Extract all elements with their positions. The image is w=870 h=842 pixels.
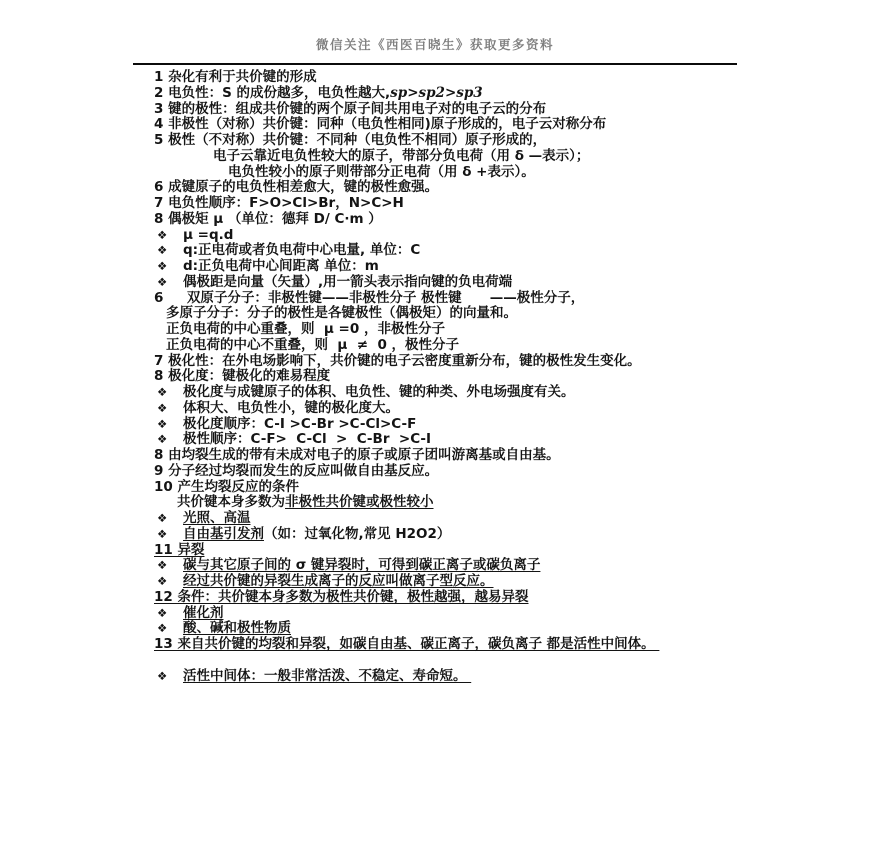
doc-text: 6 成键原子的电负性相差愈大，键的极性愈强。: [154, 179, 438, 195]
doc-text: 碳与其它原子间的 σ 键异裂时，可得到碳正离子或碳负离子: [183, 557, 540, 573]
doc-text: 11 异裂: [154, 542, 205, 558]
doc-line: ❖偶极距是向量（矢量）,用一箭头表示指向键的负电荷端: [0, 275, 870, 291]
diamond-bullet-icon: ❖: [157, 574, 183, 590]
doc-text: 共价键本身多数为: [177, 494, 285, 510]
doc-text: 12 条件：共价键本身多数为极性共价键，极性越强，越易异裂: [154, 589, 529, 605]
diamond-bullet-icon: ❖: [157, 527, 183, 543]
doc-text: 2 电负性：S 的成份越多，电负性越大,: [154, 85, 390, 101]
diamond-bullet-icon: ❖: [157, 243, 183, 259]
doc-text: 8 由均裂生成的带有未成对电子的原子或原子团叫游离基或自由基。: [154, 447, 560, 463]
doc-line: 正负电荷的中心不重叠，则 μ ≠ 0 ，极性分子: [0, 338, 870, 354]
doc-text: 9 分子经过均裂而发生的反应叫做自由基反应。: [154, 463, 438, 479]
doc-line: 共价键本身多数为非极性共价键或极性较小: [0, 495, 870, 511]
doc-text: 8 偶极矩 μ （单位：德拜 D/ C·m ）: [154, 211, 382, 227]
doc-line: ❖d:正负电荷中心间距离 单位：m: [0, 259, 870, 275]
doc-text: 自由基引发剂: [183, 526, 264, 542]
doc-text: 8 极化度：键极化的难易程度: [154, 368, 330, 384]
doc-line: ❖q:正电荷或者负电荷中心电量, 单位：C: [0, 243, 870, 259]
doc-text: 正负电荷的中心不重叠，则 μ ≠ 0 ，极性分子: [166, 337, 459, 353]
doc-line: 正负电荷的中心重叠，则 μ =0 ，非极性分子: [0, 322, 870, 338]
diamond-bullet-icon: ❖: [157, 669, 183, 685]
doc-line: 7 电负性顺序：F>O>Cl>Br，N>C>H: [0, 196, 870, 212]
doc-line: 12 条件：共价键本身多数为极性共价键，极性越强，越易异裂: [0, 590, 870, 606]
doc-text: 光照、高温: [183, 510, 251, 526]
doc-text: 极性顺序：C-F> C-Cl > C-Br >C-I: [183, 431, 431, 447]
doc-text: 非极性共价键或极性较小: [285, 494, 434, 510]
doc-line: ❖经过共价键的异裂生成离子的反应叫做离子型反应。: [0, 574, 870, 590]
doc-line: ❖光照、高温: [0, 511, 870, 527]
doc-line: 6 双原子分子：非极性键——非极性分子 极性键 ——极性分子，: [0, 291, 870, 307]
doc-text: sp>sp2>sp3: [390, 85, 483, 101]
doc-line: 电负性较小的原子则带部分正电荷（用 δ +表示）。: [0, 165, 870, 181]
doc-text: 电子云靠近电负性较大的原子，带部分负电荷（用 δ —表示）；: [213, 148, 589, 164]
doc-text: μ =q.d: [183, 227, 233, 243]
doc-line: 多原子分子：分子的极性是各键极性（偶极矩）的向量和。: [0, 306, 870, 322]
diamond-bullet-icon: ❖: [157, 401, 183, 417]
doc-line: ❖μ =q.d: [0, 228, 870, 244]
doc-line: 8 偶极矩 μ （单位：德拜 D/ C·m ）: [0, 212, 870, 228]
diamond-bullet-icon: ❖: [157, 621, 183, 637]
doc-text: 6 双原子分子：非极性键——非极性分子 极性键 ——极性分子，: [154, 290, 584, 306]
doc-text: 电负性较小的原子则带部分正电荷（用 δ +表示）。: [228, 164, 535, 180]
diamond-bullet-icon: ❖: [157, 606, 183, 622]
doc-line: ❖酸、碱和极性物质: [0, 621, 870, 637]
doc-text: 13 来自共价键的均裂和异裂，如碳自由基、碳正离子，碳负离子 都是活性中间体。: [154, 636, 659, 652]
diamond-bullet-icon: ❖: [157, 558, 183, 574]
doc-line: 3 键的极性：组成共价键的两个原子间共用电子对的电子云的分布: [0, 102, 870, 118]
doc-text: q:正电荷或者负电荷中心电量, 单位：C: [183, 242, 420, 258]
doc-text: d:正负电荷中心间距离 单位：m: [183, 258, 379, 274]
doc-text: 多原子分子：分子的极性是各键极性（偶极矩）的向量和。: [166, 305, 517, 321]
doc-text: （如：过氧化物,常见 H2O2）: [264, 526, 450, 542]
doc-line: ❖活性中间体：一般非常活泼、不稳定、寿命短。: [0, 669, 870, 685]
doc-text: 7 电负性顺序：F>O>Cl>Br，N>C>H: [154, 195, 404, 211]
doc-line: 5 极性（不对称）共价键：不同种（电负性不相同）原子形成的，: [0, 133, 870, 149]
diamond-bullet-icon: ❖: [157, 432, 183, 448]
doc-line: ❖碳与其它原子间的 σ 键异裂时，可得到碳正离子或碳负离子: [0, 558, 870, 574]
doc-line: ❖催化剂: [0, 606, 870, 622]
doc-line: [0, 653, 870, 669]
doc-text: 正负电荷的中心重叠，则 μ =0 ，非极性分子: [166, 321, 445, 337]
doc-text: 体积大、电负性小，键的极化度大。: [183, 400, 399, 416]
document-body: 1 杂化有利于共价键的形成2 电负性：S 的成份越多，电负性越大,sp>sp2>…: [0, 70, 870, 684]
doc-line: 6 成键原子的电负性相差愈大，键的极性愈强。: [0, 180, 870, 196]
diamond-bullet-icon: ❖: [157, 385, 183, 401]
doc-line: 8 极化度：键极化的难易程度: [0, 369, 870, 385]
doc-line: 电子云靠近电负性较大的原子，带部分负电荷（用 δ —表示）；: [0, 149, 870, 165]
diamond-bullet-icon: ❖: [157, 259, 183, 275]
doc-line: 11 异裂: [0, 543, 870, 559]
doc-line: 7 极化性：在外电场影响下，共价键的电子云密度重新分布，键的极性发生变化。: [0, 354, 870, 370]
doc-line: 1 杂化有利于共价键的形成: [0, 70, 870, 86]
doc-text: 酸、碱和极性物质: [183, 620, 291, 636]
doc-text: 3 键的极性：组成共价键的两个原子间共用电子对的电子云的分布: [154, 101, 546, 117]
header-divider: [133, 63, 737, 65]
header-note: 微信关注《西医百晓生》获取更多资料: [0, 35, 870, 53]
doc-text: [154, 652, 159, 668]
doc-text: 经过共价键的异裂生成离子的反应叫做离子型反应。: [183, 573, 494, 589]
doc-text: 极化度与成键原子的体积、电负性、键的种类、外电场强度有关。: [183, 384, 575, 400]
doc-line: ❖极化度与成键原子的体积、电负性、键的种类、外电场强度有关。: [0, 385, 870, 401]
doc-line: ❖体积大、电负性小，键的极化度大。: [0, 401, 870, 417]
doc-line: 13 来自共价键的均裂和异裂，如碳自由基、碳正离子，碳负离子 都是活性中间体。: [0, 637, 870, 653]
doc-line: 9 分子经过均裂而发生的反应叫做自由基反应。: [0, 464, 870, 480]
doc-line: ❖自由基引发剂（如：过氧化物,常见 H2O2）: [0, 527, 870, 543]
doc-line: 8 由均裂生成的带有未成对电子的原子或原子团叫游离基或自由基。: [0, 448, 870, 464]
doc-line: ❖极性顺序：C-F> C-Cl > C-Br >C-I: [0, 432, 870, 448]
doc-text: 5 极性（不对称）共价键：不同种（电负性不相同）原子形成的，: [154, 132, 546, 148]
doc-line: 2 电负性：S 的成份越多，电负性越大,sp>sp2>sp3: [0, 86, 870, 102]
diamond-bullet-icon: ❖: [157, 275, 183, 291]
doc-text: 偶极距是向量（矢量）,用一箭头表示指向键的负电荷端: [183, 274, 512, 290]
doc-text: 4 非极性（对称）共价键：同种（电负性相同)原子形成的，电子云对称分布: [154, 116, 606, 132]
doc-text: 1 杂化有利于共价键的形成: [154, 69, 317, 85]
diamond-bullet-icon: ❖: [157, 417, 183, 433]
doc-line: 10 产生均裂反应的条件: [0, 480, 870, 496]
doc-text: 活性中间体：一般非常活泼、不稳定、寿命短。: [183, 668, 471, 684]
doc-line: ❖极化度顺序：C-I >C-Br >C-Cl>C-F: [0, 417, 870, 433]
diamond-bullet-icon: ❖: [157, 228, 183, 244]
doc-text: 10 产生均裂反应的条件: [154, 479, 299, 495]
doc-line: 4 非极性（对称）共价键：同种（电负性相同)原子形成的，电子云对称分布: [0, 117, 870, 133]
doc-text: 7 极化性：在外电场影响下，共价键的电子云密度重新分布，键的极性发生变化。: [154, 353, 641, 369]
doc-text: 极化度顺序：C-I >C-Br >C-Cl>C-F: [183, 416, 416, 432]
diamond-bullet-icon: ❖: [157, 511, 183, 527]
doc-text: 催化剂: [183, 605, 224, 621]
